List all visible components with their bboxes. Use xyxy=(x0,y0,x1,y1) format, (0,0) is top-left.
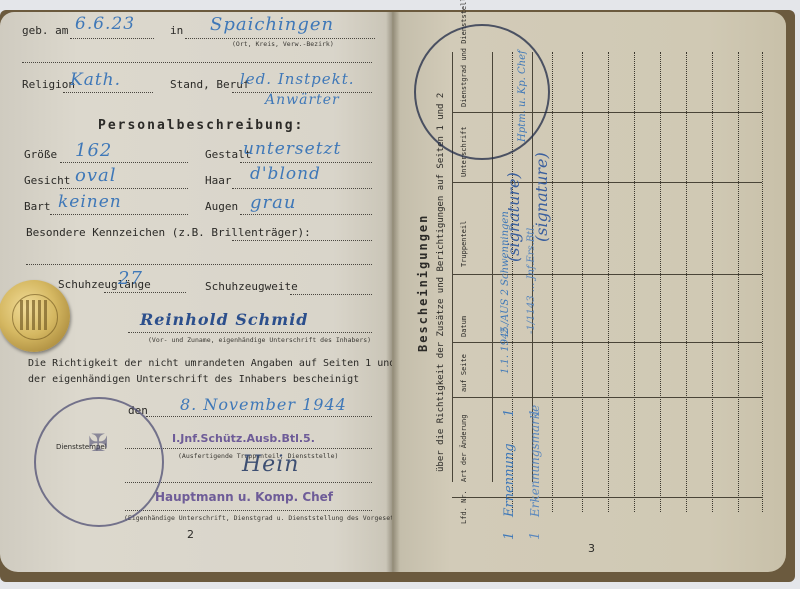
occupation-value-1: led. Instpekt. xyxy=(240,70,355,88)
face-label: Gesicht xyxy=(24,174,70,187)
dotted-line xyxy=(125,510,372,511)
dotted-line xyxy=(60,162,188,163)
col-header-art: Art der Änderung xyxy=(460,415,468,482)
dotted-line xyxy=(60,188,188,189)
row-line xyxy=(634,52,635,512)
eagle-icon: ✠ xyxy=(88,429,108,457)
row-line xyxy=(660,52,661,512)
officer-signature: Hein xyxy=(242,452,299,477)
dotted-line xyxy=(26,264,372,265)
rank-stamp: Hauptmann u. Komp. Chef xyxy=(155,490,333,504)
row2-art: Erkennungsmarke xyxy=(528,405,542,517)
birth-date-value: 6.6.23 xyxy=(75,14,135,34)
row2-signature: (signature) xyxy=(532,152,551,242)
beard-value: keinen xyxy=(58,192,122,212)
column-separator xyxy=(452,274,762,275)
row1-seite: 1 xyxy=(502,409,517,417)
row1-signature: (signature) xyxy=(504,172,523,262)
row2-nr: 1 xyxy=(528,532,543,540)
brandenburg-gate-icon xyxy=(20,300,48,330)
official-seal: Dienststempel ✠ xyxy=(34,397,164,527)
rank-hint: (Eigenhändige Unterschrift, Dienstgrad u… xyxy=(124,514,414,522)
dotted-line xyxy=(63,92,153,93)
dotted-line xyxy=(185,38,375,39)
dotted-line xyxy=(240,214,372,215)
dotted-line xyxy=(232,188,372,189)
column-separator xyxy=(452,342,762,343)
row-line xyxy=(712,52,713,512)
special-marks-label: Besondere Kennzeichen (z.B. Brillenträge… xyxy=(26,226,311,239)
certifications-subtitle: über die Richtigkeit der Zusätze und Ber… xyxy=(436,93,446,472)
holder-signature: Reinhold Schmid xyxy=(140,310,308,329)
dotted-line xyxy=(104,292,186,293)
dotted-line xyxy=(22,62,372,63)
religion-label: Religion xyxy=(22,78,75,91)
hair-value: d'blond xyxy=(250,164,321,184)
birth-place-hint: (Ort, Kreis, Verw.-Bezirk) xyxy=(232,40,334,48)
build-value: untersetzt xyxy=(243,139,341,159)
height-label: Größe xyxy=(24,148,57,161)
row-line xyxy=(608,52,609,512)
certification-date: 8. November 1944 xyxy=(180,395,347,414)
occupation-value-2: Anwärter xyxy=(265,92,340,108)
dotted-line xyxy=(128,332,372,333)
row-line xyxy=(762,52,763,512)
shoe-width-label: Schuhzeugweite xyxy=(205,280,298,293)
page-number: 3 xyxy=(588,542,595,555)
column-separator xyxy=(452,397,762,398)
birth-place-label: in xyxy=(170,24,183,37)
religion-value: Kath. xyxy=(70,70,121,90)
certification-line-1: Die Richtigkeit der nicht umrandeten Ang… xyxy=(28,358,431,369)
height-value: 162 xyxy=(75,140,112,161)
occupation-label: Stand, Beruf xyxy=(170,78,249,91)
certifications-table: Bescheinigungen über die Richtigkeit der… xyxy=(392,12,786,572)
dotted-line xyxy=(240,162,372,163)
personal-description-heading: Personalbeschreibung: xyxy=(98,118,304,133)
row-line xyxy=(582,52,583,512)
dotted-line xyxy=(232,240,372,241)
certification-line-2: der eigenhändigen Unterschrift des Inhab… xyxy=(28,374,359,385)
column-separator xyxy=(452,497,762,498)
row1-nr: 1 xyxy=(502,532,517,540)
row2-seite: 1 xyxy=(528,409,543,417)
dotted-line xyxy=(146,416,372,417)
col-header-seite: auf Seite xyxy=(460,354,468,392)
hair-label: Haar xyxy=(205,174,232,187)
row-line xyxy=(552,52,553,512)
face-value: oval xyxy=(75,165,117,186)
row-line xyxy=(686,52,687,512)
birth-place-value: Spaichingen xyxy=(210,14,334,35)
holder-signature-hint: (Vor- und Zuname, eigenhändige Unterschr… xyxy=(148,336,371,344)
beard-label: Bart xyxy=(24,200,51,213)
shoe-length-value: 27 xyxy=(118,268,143,289)
birth-date-label: geb. am xyxy=(22,24,68,37)
book-spine xyxy=(386,12,400,572)
dotted-line xyxy=(50,214,188,215)
page-number: 2 xyxy=(187,528,194,541)
right-page: Bescheinigungen über die Richtigkeit der… xyxy=(392,12,786,572)
eyes-value: grau xyxy=(250,192,296,213)
col-header-datum: Datum xyxy=(460,316,468,337)
dotted-line xyxy=(290,294,372,295)
col-header-truppenteil: Truppenteil xyxy=(460,221,468,267)
unit-stamp: I.Jnf.Schütz.Ausb.Btl.5. xyxy=(172,432,315,445)
column-separator xyxy=(452,182,762,183)
row1-art: Ernennung xyxy=(502,443,517,517)
dotted-line xyxy=(125,482,372,483)
unit-seal xyxy=(414,24,550,160)
col-header-nr: Lfd. Nr. xyxy=(460,490,468,524)
row-line xyxy=(738,52,739,512)
euro-coin xyxy=(0,280,70,352)
dotted-line xyxy=(70,38,154,39)
certifications-title: Bescheinigungen xyxy=(416,214,430,352)
eyes-label: Augen xyxy=(205,200,238,213)
